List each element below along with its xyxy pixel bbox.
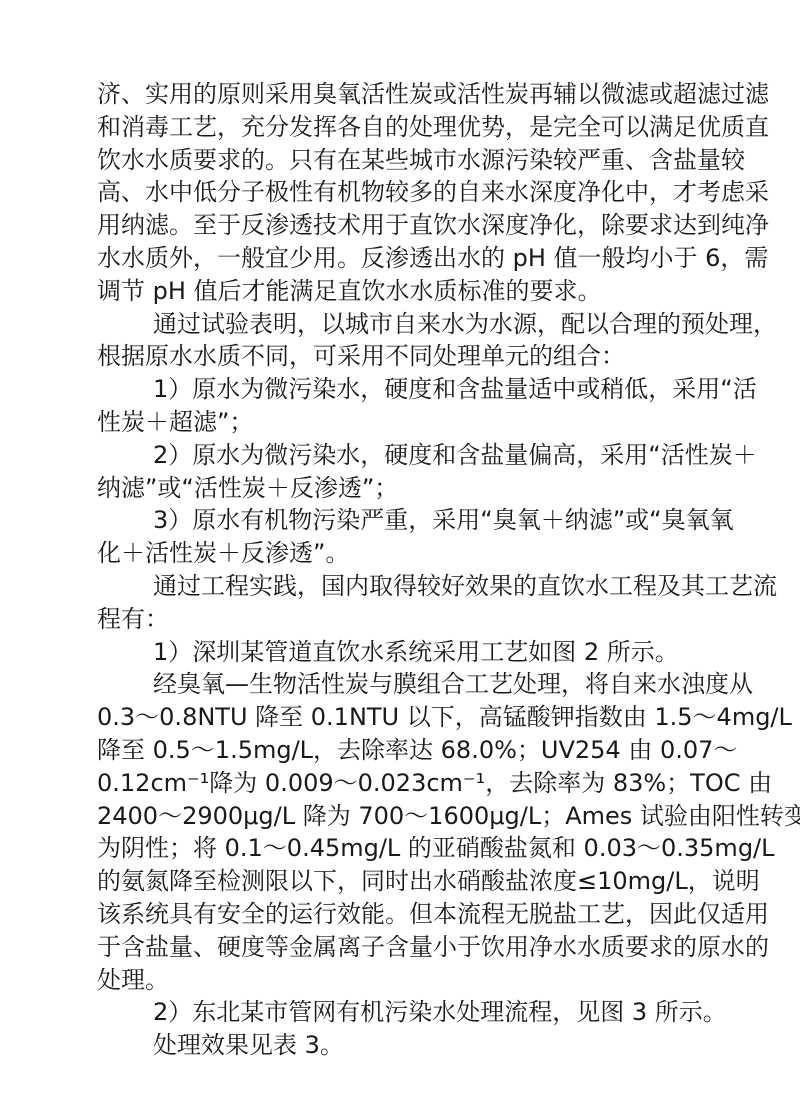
text-line: 0.3～0.8NTU 降至 0.1NTU 以下，高锰酸钾指数由 1.5～4mg/…	[97, 701, 711, 734]
text-line: 性炭＋超滤”；	[97, 406, 711, 439]
text-line: 纳滤”或“活性炭＋反渗透”；	[97, 472, 711, 505]
text-line: 调节 pH 值后才能满足直饮水水质标准的要求。	[97, 275, 711, 308]
example-1-line: 1）深圳某管道直饮水系统采用工艺如图 2 所示。	[97, 636, 711, 669]
text-line: 根据原水水质不同，可采用不同处理单元的组合：	[97, 340, 711, 373]
text-line: 2400～2900μg/L 降为 700～1600μg/L；Ames 试验由阳性…	[97, 800, 711, 833]
text-line: 降至 0.5～1.5mg/L，去除率达 68.0%；UV254 由 0.07～	[97, 734, 711, 767]
text-line: 该系统具有安全的运行效能。但本流程无脱盐工艺，因此仅适用	[97, 898, 711, 931]
text-line: 高、水中低分子极性有机物较多的自来水深度净化中，才考虑采	[97, 176, 711, 209]
text-line: 济、实用的原则采用臭氧活性炭或活性炭再辅以微滤或超滤过滤	[97, 78, 711, 111]
text-line: 程有：	[97, 603, 711, 636]
text-line: 饮水水质要求的。只有在某些城市水源污染较严重、含盐量较	[97, 144, 711, 177]
text-line: 水水质外，一般宜少用。反渗透出水的 pH 值一般均小于 6，需	[97, 242, 711, 275]
list-item-1-line: 1）原水为微污染水，硬度和含盐量适中或稍低，采用“活	[97, 373, 711, 406]
paragraph-first-line: 经臭氧—生物活性炭与膜组合工艺处理，将自来水浊度从	[97, 668, 711, 701]
list-item-3-line: 3）原水有机物污染严重，采用“臭氧＋纳滤”或“臭氧氧	[97, 504, 711, 537]
text-line: 处理效果见表 3。	[97, 1029, 711, 1062]
text-line: 用纳滤。至于反渗透技术用于直饮水深度净化，除要求达到纯净	[97, 209, 711, 242]
list-item-2-line: 2）原水为微污染水，硬度和含盐量偏高，采用“活性炭＋	[97, 439, 711, 472]
text-line: 化＋活性炭＋反渗透”。	[97, 537, 711, 570]
paragraph-first-line: 通过试验表明，以城市自来水为水源，配以合理的预处理，	[97, 308, 711, 341]
text-line: 和消毒工艺，充分发挥各自的处理优势，是完全可以满足优质直	[97, 111, 711, 144]
text-line: 处理。	[97, 964, 711, 997]
text-line: 的氨氮降至检测限以下，同时出水硝酸盐浓度≤10mg/L，说明	[97, 865, 711, 898]
document-page: 济、实用的原则采用臭氧活性炭或活性炭再辅以微滤或超滤过滤 和消毒工艺，充分发挥各…	[97, 78, 711, 1062]
text-line: 于含盐量、硬度等金属离子含量小于饮用净水水质要求的原水的	[97, 931, 711, 964]
text-line: 为阴性；将 0.1～0.45mg/L 的亚硝酸盐氮和 0.03～0.35mg/L	[97, 832, 711, 865]
example-2-line: 2）东北某市管网有机污染水处理流程，见图 3 所示。	[97, 996, 711, 1029]
paragraph-first-line: 通过工程实践，国内取得较好效果的直饮水工程及其工艺流	[97, 570, 711, 603]
text-line: 0.12cm⁻¹降为 0.009～0.023cm⁻¹，去除率为 83%；TOC …	[97, 767, 711, 800]
